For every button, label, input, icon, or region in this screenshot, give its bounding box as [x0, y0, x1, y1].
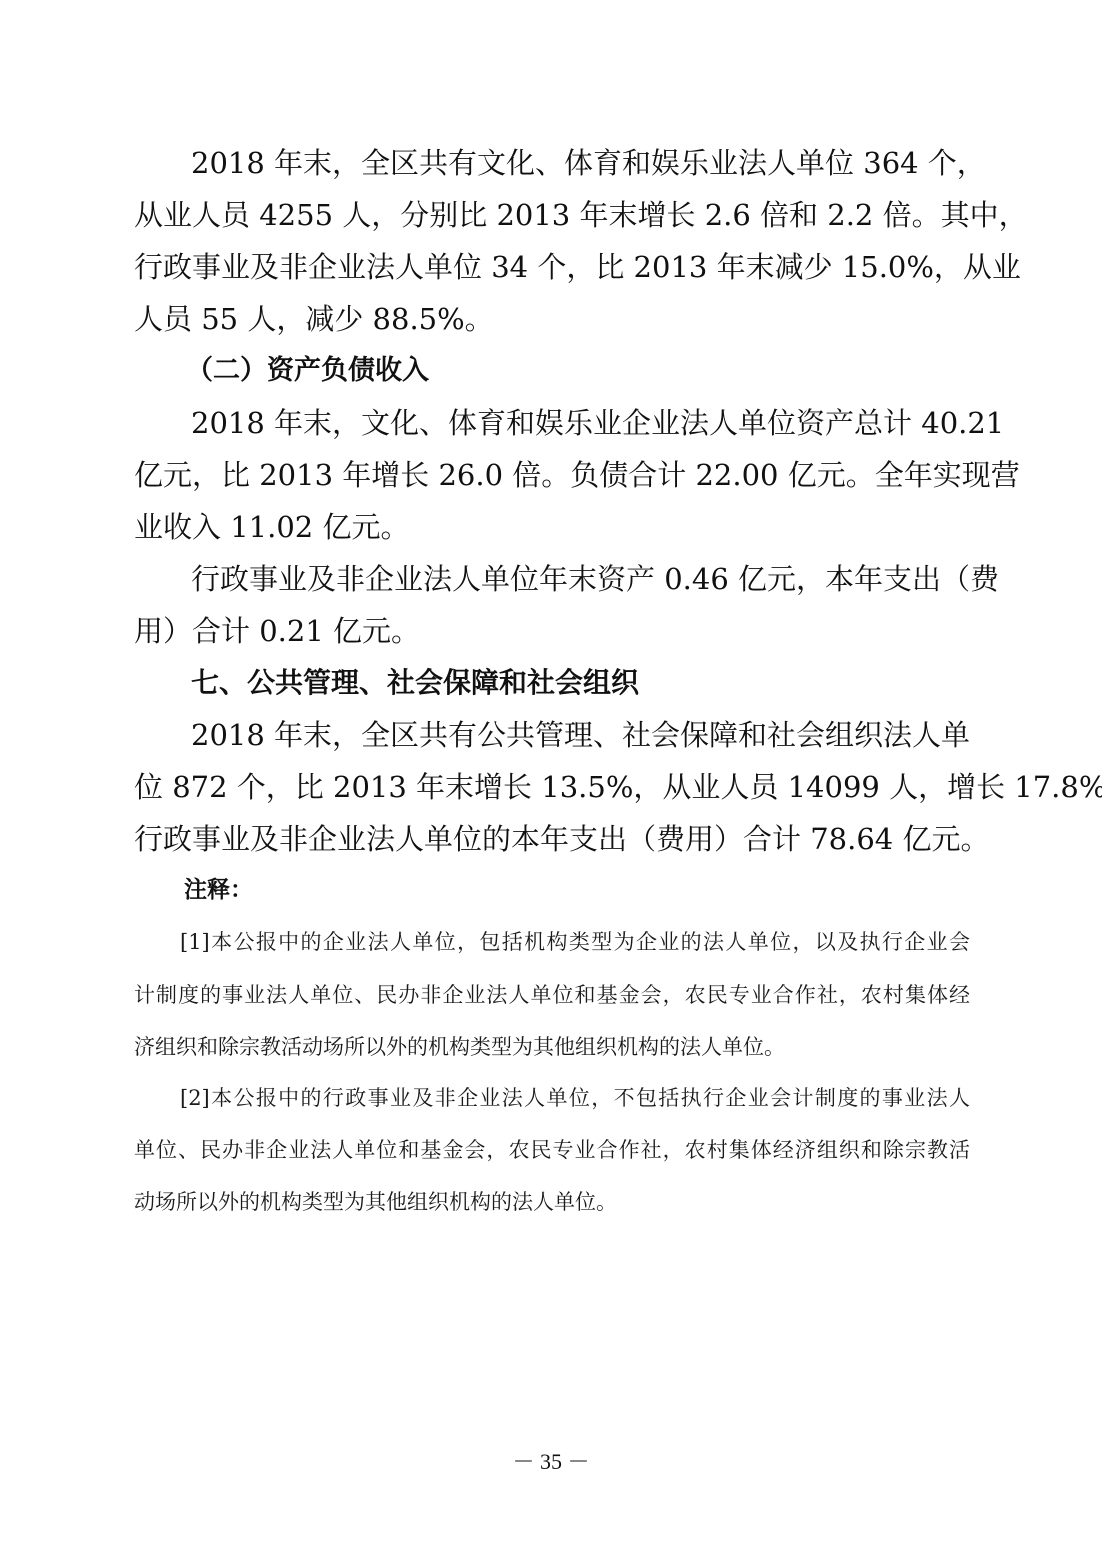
paragraph-line: 位 872 个，比 2013 年末增长 13.5%，从业人员 14099 人，增… — [134, 767, 970, 807]
notes-label: 注释： — [184, 875, 253, 905]
page-number: － 35 － — [0, 1447, 1102, 1477]
document-page: 2018 年末，全区共有文化、体育和娱乐业法人单位 364 个， 从业人员 42… — [0, 0, 1102, 1559]
note-line: [2]本公报中的行政事业及非企业法人单位，不包括执行企业会计制度的事业法人 — [180, 1083, 970, 1113]
note-line: [1]本公报中的企业法人单位，包括机构类型为企业的法人单位，以及执行企业会 — [180, 927, 970, 957]
note-line: 动场所以外的机构类型为其他组织机构的法人单位。 — [134, 1187, 970, 1217]
paragraph-line: 亿元，比 2013 年增长 26.0 倍。负债合计 22.00 亿元。全年实现营 — [134, 455, 970, 495]
paragraph-line: 2018 年末，全区共有公共管理、社会保障和社会组织法人单 — [191, 715, 970, 755]
note-line: 单位、民办非企业法人单位和基金会，农民专业合作社，农村集体经济组织和除宗教活 — [134, 1135, 970, 1165]
subsection-heading: （二）资产负债收入 — [186, 351, 429, 391]
paragraph-line: 人员 55 人，减少 88.5%。 — [134, 299, 970, 339]
paragraph-line: 2018 年末，文化、体育和娱乐业企业法人单位资产总计 40.21 — [191, 403, 970, 443]
paragraph-line: 行政事业及非企业法人单位的本年支出（费用）合计 78.64 亿元。 — [134, 819, 970, 859]
paragraph-line: 业收入 11.02 亿元。 — [134, 507, 970, 547]
note-line: 计制度的事业法人单位、民办非企业法人单位和基金会，农民专业合作社，农村集体经 — [134, 980, 970, 1010]
paragraph-line: 用）合计 0.21 亿元。 — [134, 611, 970, 651]
note-line: 济组织和除宗教活动场所以外的机构类型为其他组织机构的法人单位。 — [134, 1032, 970, 1062]
paragraph-line: 行政事业及非企业法人单位 34 个，比 2013 年末减少 15.0%，从业 — [134, 247, 970, 287]
paragraph-line: 行政事业及非企业法人单位年末资产 0.46 亿元，本年支出（费 — [191, 559, 970, 599]
section-heading: 七、公共管理、社会保障和社会组织 — [191, 663, 639, 703]
paragraph-line: 2018 年末，全区共有文化、体育和娱乐业法人单位 364 个， — [191, 143, 970, 183]
paragraph-line: 从业人员 4255 人，分别比 2013 年末增长 2.6 倍和 2.2 倍。其… — [134, 195, 970, 235]
